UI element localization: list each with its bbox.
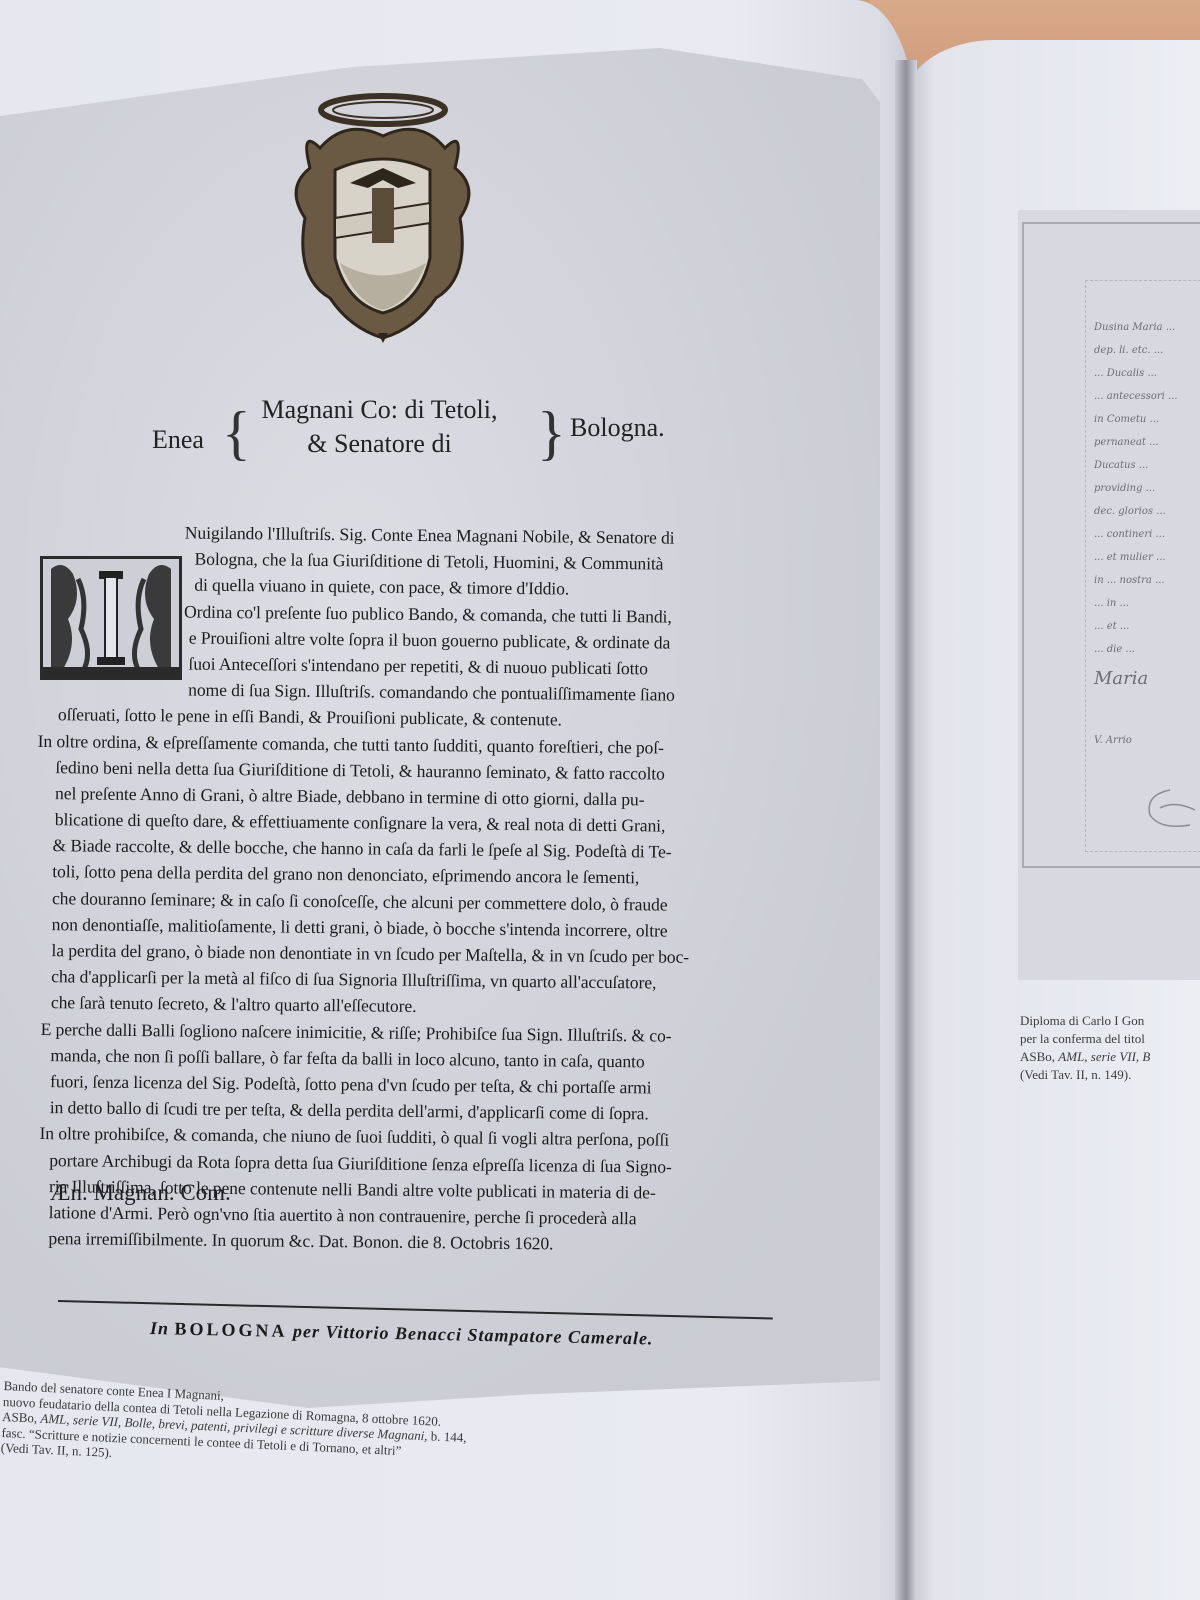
manuscript-line: dec. glorios ... — [1094, 506, 1166, 518]
manuscript-line: ... et mulier ... — [1094, 552, 1166, 564]
imprint-city: BOLOGNA — [174, 1319, 287, 1341]
manuscript-line: ... Ducalis ... — [1094, 368, 1157, 380]
signature: Æn. Magnan. Com. — [50, 1180, 231, 1206]
caption-source: ASBo, — [1020, 1049, 1058, 1064]
manuscript-flourish-icon — [1140, 780, 1200, 840]
manuscript-line: dep. li. etc. ... — [1094, 345, 1163, 357]
caption-line: (Vedi Tav. II, n. 149). — [1020, 1066, 1200, 1084]
caption-series: AML, serie VII, B — [1058, 1049, 1150, 1064]
coat-of-arms-icon — [280, 88, 485, 343]
caption-line: Diploma di Carlo I Gon — [1020, 1012, 1200, 1030]
manuscript-line: Dusina Maria ... — [1094, 322, 1175, 334]
imprint-prefix: In — [150, 1318, 169, 1338]
manuscript-line: Ducatus ... — [1094, 460, 1148, 472]
heading-line-1: Magnani Co: di Tetoli, — [257, 393, 502, 427]
manuscript-text-area — [1085, 280, 1200, 852]
manuscript-signature: Maria — [1094, 668, 1148, 690]
left-brace: { — [222, 403, 251, 463]
caption-box: b. 144, — [427, 1428, 467, 1445]
heading-prefix: Enea — [152, 425, 204, 455]
manuscript-line: ... in ... — [1094, 598, 1129, 610]
heading-line-2: & Senatore di — [257, 427, 502, 461]
heading-suffix: Bologna. — [570, 413, 665, 443]
proclamation-heading: Enea { Magnani Co: di Tetoli, & Senatore… — [152, 393, 712, 473]
manuscript-line: ... die ... — [1094, 644, 1135, 656]
caption-line: ASBo, AML, serie VII, B — [1020, 1048, 1200, 1066]
right-brace: } — [537, 403, 566, 463]
right-figure-caption: Diploma di Carlo I Gon per la conferma d… — [1020, 1012, 1200, 1084]
manuscript-line: in Cometu ... — [1094, 414, 1159, 426]
heading-title: Magnani Co: di Tetoli, & Senatore di — [257, 393, 502, 461]
manuscript-line: ... et ... — [1094, 621, 1129, 633]
caption-source: ASBo, — [2, 1409, 41, 1426]
manuscript-line: in ... nostra ... — [1094, 575, 1165, 587]
manuscript-line: ... antecessori ... — [1094, 391, 1178, 403]
manuscript-line: V. Arrio — [1094, 735, 1132, 747]
manuscript-line: ... contineri ... — [1094, 529, 1165, 541]
manuscript-line: providing ... — [1094, 483, 1155, 495]
caption-line: per la conferma del titol — [1020, 1030, 1200, 1048]
proclamation-body: Nuigilando l'Illuſtriſs. Sig. Conte Enea… — [32, 518, 800, 1259]
manuscript-line: pernaneat ... — [1094, 437, 1159, 449]
book-gutter — [895, 60, 917, 1600]
